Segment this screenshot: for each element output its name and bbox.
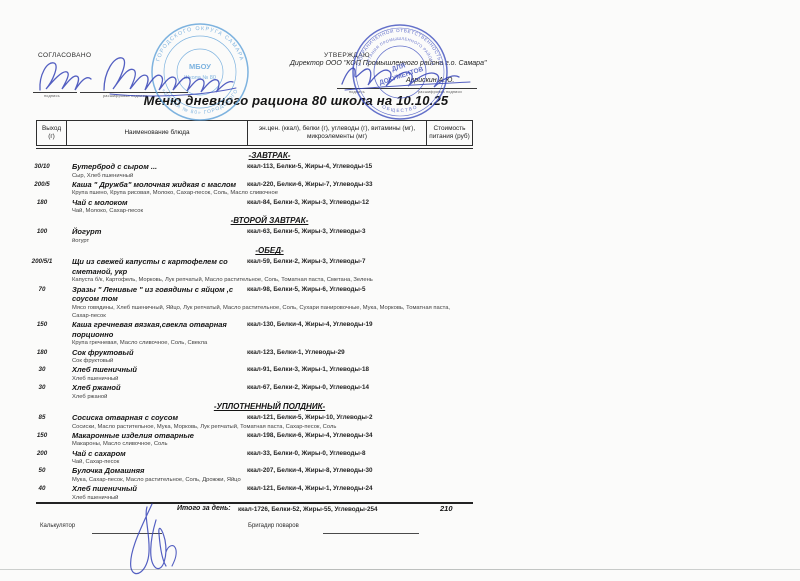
menu-row: 30/10 Бутерброд с сыром ... ккал-113, Бе… xyxy=(36,162,473,180)
portion-size: 200/5/1 xyxy=(22,258,62,265)
menu-body: -ЗАВТРАК- 30/10 Бутерброд с сыром ... кк… xyxy=(36,150,473,502)
signature-agree-sign xyxy=(40,63,91,90)
menu-row: 180 Чай с молоком ккал-84, Белки-3, Жиры… xyxy=(36,198,473,216)
portion-size: 30 xyxy=(22,366,62,373)
portion-size: 200/5 xyxy=(22,181,62,188)
column-header-output: Выход (г) xyxy=(37,121,67,145)
ingredients: Хлеб пшеничный xyxy=(72,494,470,502)
ingredients: Сыр, Хлеб пшеничный xyxy=(72,172,470,180)
section-title-breakfast: -ЗАВТРАК- xyxy=(51,150,488,162)
table-header: Выход (г) Наименование блюда эн.цен. (кк… xyxy=(36,120,473,146)
nutrition-info: ккал-98, Белки-5, Жиры-6, Углеводы-5 xyxy=(247,286,429,294)
menu-row: 50 Булочка Домашняя ккал-207, Белки-4, Ж… xyxy=(36,466,473,484)
portion-size: 180 xyxy=(22,349,62,356)
total-values: ккал-1726, Белки-52, Жиры-55, Углеводы-2… xyxy=(238,506,378,513)
portion-size: 100 xyxy=(22,228,62,235)
nutrition-info: ккал-84, Белки-3, Жиры-3, Углеводы-12 xyxy=(247,199,429,207)
column-header-nutrition: эн.цен. (ккал), белки (г), углеводы (г),… xyxy=(248,121,427,145)
dish-name: Каша гречневая вязкая,свекла отварная по… xyxy=(72,320,246,339)
menu-row: 200/5 Каша " Дружба" молочная жидкая с м… xyxy=(36,180,473,198)
dish-name: Хлеб пшеничный xyxy=(72,484,246,494)
menu-row: 200/5/1 Щи из свежей капусты с картофеле… xyxy=(36,257,473,284)
portion-size: 40 xyxy=(22,485,62,492)
menu-row: 40 Хлеб пшеничный ккал-121, Белки-4, Жир… xyxy=(36,484,473,502)
scan-specks xyxy=(0,0,1,1)
ingredients: Хлеб ржаной xyxy=(72,393,470,401)
calculator-label: Калькулятор xyxy=(40,523,75,529)
dish-name: Сок фруктовый xyxy=(72,348,246,358)
dish-name: Хлеб пшеничный xyxy=(72,365,246,375)
nutrition-info: ккал-220, Белки-6, Жиры-7, Углеводы-33 xyxy=(247,181,429,189)
scanned-menu-document: { "doc": { "agree": { "label": "СОГЛАСОВ… xyxy=(0,0,800,581)
school-stamp-center-2: Школа № 80 xyxy=(184,75,216,81)
menu-row: 30 Хлеб пшеничный ккал-91, Белки-3, Жиры… xyxy=(36,365,473,383)
brigadier-label: Бригадир поваров xyxy=(248,523,299,529)
ingredients: Крупа гречневая, Масло сливочное, Соль, … xyxy=(72,339,470,347)
portion-size: 50 xyxy=(22,467,62,474)
total-label: Итого за день: xyxy=(177,505,231,512)
dish-name: Йогурт xyxy=(72,227,246,237)
menu-row: 150 Каша гречневая вязкая,свекла отварна… xyxy=(36,320,473,347)
menu-row: 180 Сок фруктовый ккал-123, Белки-1, Угл… xyxy=(36,348,473,366)
ingredients: Сок фруктовый xyxy=(72,357,470,365)
portion-size: 30 xyxy=(22,384,62,391)
nutrition-info: ккал-63, Белки-5, Жиры-3, Углеводы-3 xyxy=(247,228,429,236)
svg-text:ГОРОДСКОГО ОКРУГА САМАРА: ГОРОДСКОГО ОКРУГА САМАРА xyxy=(155,26,244,62)
dish-name: Хлеб ржаной xyxy=(72,383,246,393)
approve-sign-line xyxy=(337,88,477,89)
ingredients: Мука, Сахар-песок, Масло растительное, С… xyxy=(72,476,470,484)
school-stamp-ring-top: ГОРОДСКОГО ОКРУГА САМАРА xyxy=(155,26,244,62)
school-stamp-center-1: МБОУ xyxy=(189,62,211,71)
scan-edge-line xyxy=(0,569,800,570)
dish-name: Щи из свежей капусты с картофелем со сме… xyxy=(72,257,246,276)
ingredients: Чай, Сахар-песок xyxy=(72,458,470,466)
portion-size: 200 xyxy=(22,450,62,457)
document-title: Меню дневного рациона 80 школа на 10.10.… xyxy=(36,93,556,108)
dish-name: Бутерброд с сыром ... xyxy=(72,162,246,172)
dish-name: Булочка Домашняя xyxy=(72,466,246,476)
signature-agree-decode xyxy=(104,58,233,92)
section-title-lunch: -ОБЕД- xyxy=(51,245,488,257)
nutrition-info: ккал-207, Белки-4, Жиры-8, Углеводы-30 xyxy=(247,467,429,475)
portion-size: 180 xyxy=(22,199,62,206)
ingredients: Капуста б/к, Картофель, Морковь, Лук реп… xyxy=(72,276,470,284)
ingredients: Мясо говядины, Хлеб пшеничный, Яйцо, Лук… xyxy=(72,304,470,320)
menu-row: 30 Хлеб ржаной ккал-67, Белки-2, Жиры-0,… xyxy=(36,383,473,401)
section-title-second-breakfast: -ВТОРОЙ ЗАВТРАК- xyxy=(51,215,488,227)
nutrition-info: ккал-130, Белки-4, Жиры-4, Углеводы-19 xyxy=(247,321,429,329)
agree-label: СОГЛАСОВАНО xyxy=(38,52,91,59)
nutrition-info: ккал-198, Белки-6, Жиры-4, Углеводы-34 xyxy=(247,432,429,440)
portion-size: 150 xyxy=(22,321,62,328)
portion-size: 30/10 xyxy=(22,163,62,170)
ingredients: Чай, Молоко, Сахар-песок xyxy=(72,207,470,215)
nutrition-info: ккал-113, Белки-5, Жиры-4, Углеводы-15 xyxy=(247,163,429,171)
calculator-sign-line xyxy=(92,533,162,534)
signature-calculator-2 xyxy=(151,520,166,569)
ingredients: Сосиски, Масло растительное, Мука, Морко… xyxy=(72,423,470,431)
dish-name: Зразы " Ленивые " из говядины с яйцом ,с… xyxy=(72,285,246,304)
nutrition-info: ккал-123, Белки-1, Углеводы-29 xyxy=(247,349,429,357)
director-line: Директор ООО "КОП Промышленного района г… xyxy=(290,60,530,67)
portion-size: 150 xyxy=(22,432,62,439)
section-title-snack: -УПЛОТНЕННЫЙ ПОЛДНИК- xyxy=(51,401,488,413)
brigadier-sign-line xyxy=(323,533,419,534)
column-header-cost: Стоимость питания (руб) xyxy=(427,121,472,145)
portion-size: 70 xyxy=(22,286,62,293)
approve-label: УТВЕРЖДАЮ xyxy=(324,52,370,59)
ingredients: йогурт xyxy=(72,237,470,245)
nutrition-info: ккал-59, Белки-2, Жиры-3, Углеводы-7 xyxy=(247,258,429,266)
total-cost: 210 xyxy=(440,504,453,513)
dish-name: Чай с молоком xyxy=(72,198,246,208)
menu-row: 100 Йогурт ккал-63, Белки-5, Жиры-3, Угл… xyxy=(36,227,473,245)
portion-size: 85 xyxy=(22,414,62,421)
menu-row: 150 Макаронные изделия отварные ккал-198… xyxy=(36,431,473,449)
nutrition-info: ккал-33, Белки-0, Жиры-0, Углеводы-8 xyxy=(247,450,429,458)
dish-name: Макаронные изделия отварные xyxy=(72,431,246,441)
column-header-dish: Наименование блюда xyxy=(67,121,248,145)
ingredients: Крупа пшено, Крупа рисовая, Молоко, Саха… xyxy=(72,189,470,197)
dish-name: Сосиска отварная с соусом xyxy=(72,413,246,423)
ingredients: Макароны, Масло сливочное, Соль xyxy=(72,440,470,448)
total-rule xyxy=(36,502,473,504)
menu-row: 200 Чай с сахаром ккал-33, Белки-0, Жиры… xyxy=(36,449,473,467)
nutrition-info: ккал-121, Белки-4, Жиры-1, Углеводы-24 xyxy=(247,485,429,493)
nutrition-info: ккал-121, Белки-5, Жиры-10, Углеводы-2 xyxy=(247,414,429,422)
signature-calculator-3 xyxy=(166,546,176,566)
ingredients: Хлеб пшеничный xyxy=(72,375,470,383)
nutrition-info: ккал-91, Белки-3, Жиры-1, Углеводы-18 xyxy=(247,366,429,374)
dish-name: Каша " Дружба" молочная жидкая с маслом xyxy=(72,180,246,190)
nutrition-info: ккал-67, Белки-2, Жиры-0, Углеводы-14 xyxy=(247,384,429,392)
signature-calculator-1 xyxy=(131,504,152,574)
menu-row: 85 Сосиска отварная с соусом ккал-121, Б… xyxy=(36,413,473,431)
approver-name: Аврискин А.Ю. xyxy=(406,77,454,84)
menu-row: 70 Зразы " Ленивые " из говядины с яйцом… xyxy=(36,285,473,321)
dish-name: Чай с сахаром xyxy=(72,449,246,459)
